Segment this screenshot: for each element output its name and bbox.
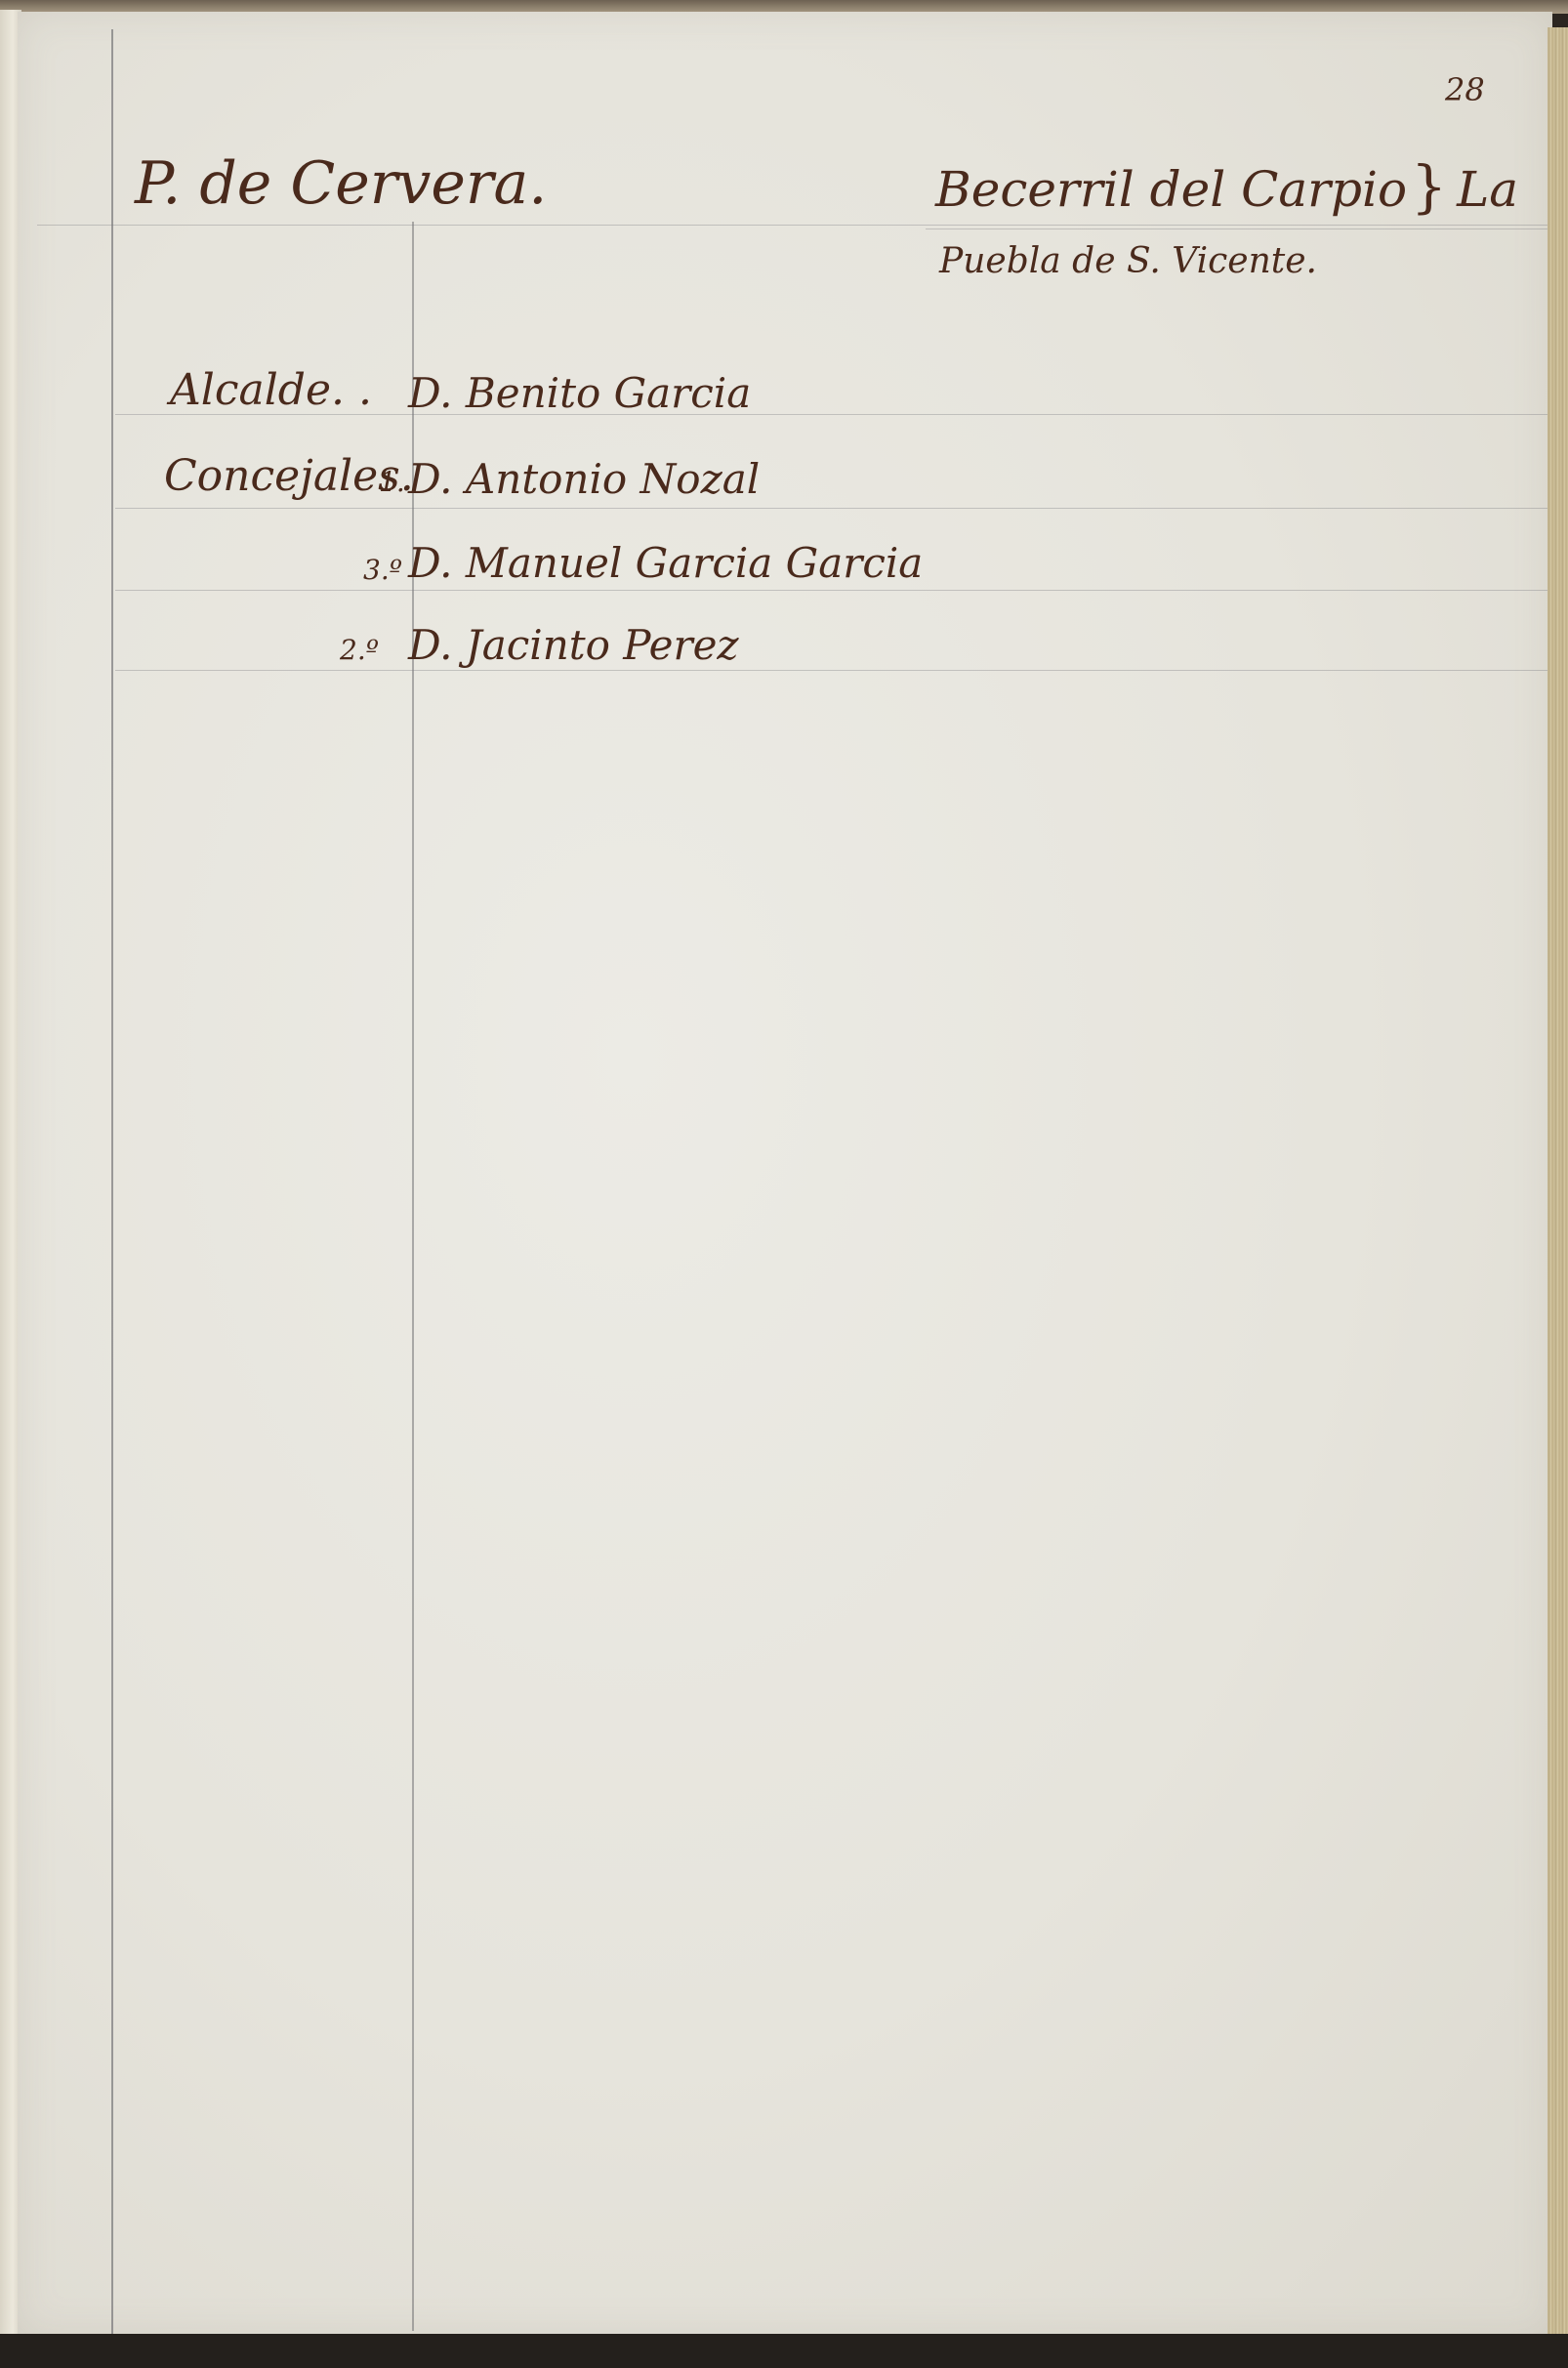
left-margin-rule: [111, 29, 113, 2334]
page-stack-edge: [1547, 27, 1568, 2342]
role-label: Concejales.: [164, 455, 414, 498]
ruled-line: [115, 670, 1552, 671]
manuscript-page: ​: [18, 12, 1552, 2336]
scanned-page-image: ​ 28 P. de Cervera. Becerril del Carpio}…: [0, 0, 1568, 2368]
ordinal-number: 1.: [379, 469, 405, 496]
ordinal-number: 3.º: [363, 557, 402, 584]
role-label: Alcalde. .: [170, 369, 372, 412]
page-number: 28: [1445, 74, 1485, 105]
brace-symbol: }: [1411, 153, 1447, 220]
municipality-title-continuation: Puebla de S. Vicente.: [939, 244, 1317, 279]
parish-title: P. de Cervera.: [135, 154, 547, 213]
column-divider-rule: [412, 222, 414, 2331]
book-bottom-edge: [0, 2334, 1568, 2368]
ruled-line: [115, 508, 1552, 509]
municipality-name: Becerril del Carpio: [935, 161, 1407, 218]
official-name: D. Antonio Nozal: [408, 459, 760, 500]
ruled-line: [37, 225, 1552, 226]
municipality-title: Becerril del Carpio}La: [935, 158, 1518, 215]
municipality-suffix: La: [1457, 161, 1518, 218]
official-name: D. Jacinto Perez: [408, 625, 739, 666]
ruled-line: [115, 590, 1552, 591]
ordinal-number: 2.º: [340, 637, 379, 664]
official-name: D. Manuel Garcia Garcia: [408, 543, 923, 584]
ruled-line: [926, 228, 1552, 229]
official-name: D. Benito Garcia: [408, 373, 751, 414]
